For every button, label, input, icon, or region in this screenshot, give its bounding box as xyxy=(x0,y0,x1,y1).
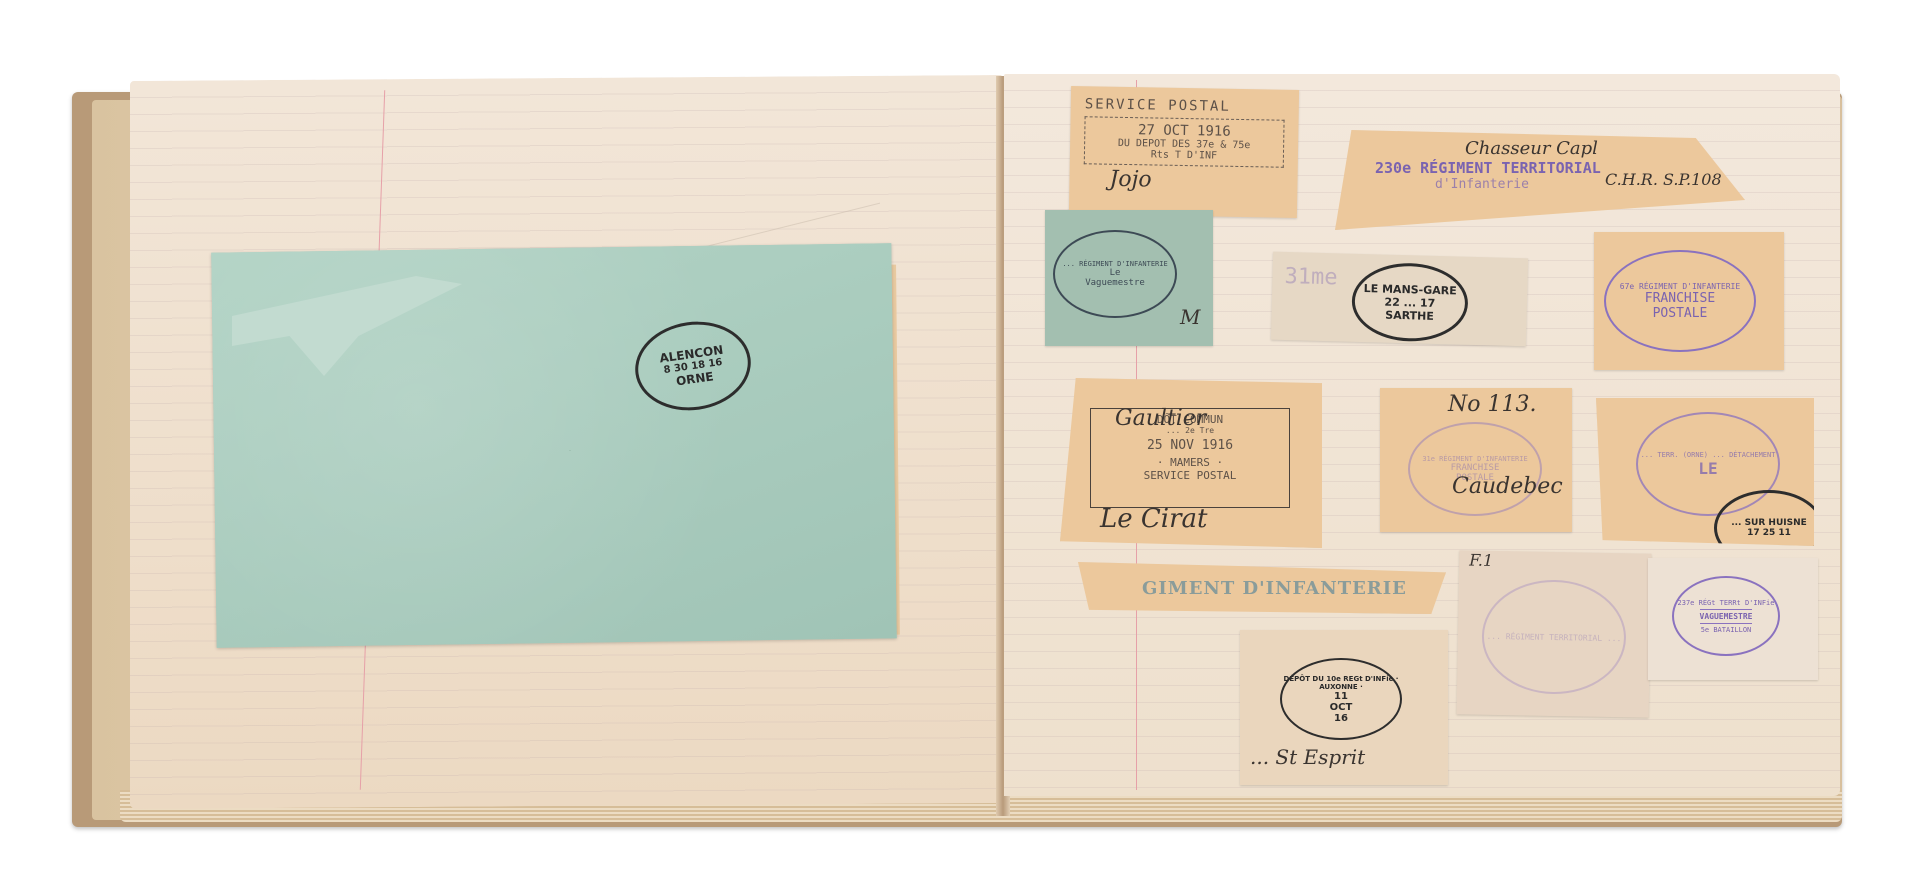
stamp-center: POSTALE xyxy=(1653,306,1708,321)
stamp-center: FRANCHISE xyxy=(1645,291,1715,306)
handwritten-note: F.1 xyxy=(1469,551,1493,570)
stamp-center: LE xyxy=(1698,459,1717,478)
clipping-mamers-service-postal: DÔT COMMUN ... 2e Tre 25 NOV 1916 · MAME… xyxy=(1060,378,1322,548)
clipping-le-mans-gare: 31me LE MANS-GARE 22 ... 17 SARTHE xyxy=(1271,252,1528,347)
oval-stamp: ... RÉGIMENT TERRITORIAL ... xyxy=(1481,579,1627,695)
handwritten-note: M xyxy=(1180,305,1200,329)
postmark-month: OCT xyxy=(1330,702,1353,713)
auxonne-postmark: DÉPÔT DU 10e REGt D'INFie · AUXONNE · 11… xyxy=(1280,658,1402,740)
postmark-department: SARTHE xyxy=(1385,308,1434,322)
stamp-center: Vaguemestre xyxy=(1085,278,1145,288)
postmark-ring-text: DÉPÔT DU 10e REGt D'INFie · AUXONNE · xyxy=(1282,675,1400,691)
clipping-no-113: No 113. 31e RÉGIMENT D'INFANTERIE FRANCH… xyxy=(1380,388,1572,532)
stamp-line: GIMENT D'INFANTERIE xyxy=(1142,578,1407,599)
stamp-ring-text: 5e BATAILLON xyxy=(1701,626,1752,634)
faded-stamp: 31me xyxy=(1284,264,1338,290)
clipping-green-vaguemestre: ... RÉGIMENT D'INFANTERIE Le Vaguemestre… xyxy=(1045,210,1213,346)
handwritten-note: C.H.R. S.P.108 xyxy=(1605,170,1722,189)
clipping-auxonne: DÉPÔT DU 10e REGt D'INFie · AUXONNE · 11… xyxy=(1240,630,1448,785)
stamp-line: SERVICE POSTAL xyxy=(1095,469,1285,482)
handwritten-note: Chasseur Capl xyxy=(1465,138,1705,159)
clipping-237e-vaguemestre: 237e RÉGt TERRt D'INFie VAGUEMESTRE 5e B… xyxy=(1648,558,1818,680)
le-mans-postmark: LE MANS-GARE 22 ... 17 SARTHE xyxy=(1351,262,1469,343)
handwritten-note: Le Cirat xyxy=(1100,504,1208,534)
stamp-center: FRANCHISE xyxy=(1451,463,1500,473)
postmark-date: 22 ... 17 xyxy=(1384,295,1435,309)
postmark-year: 16 xyxy=(1334,713,1348,724)
postmark-day: 11 xyxy=(1334,691,1348,702)
stamp-center: VAGUEMESTRE xyxy=(1700,609,1753,624)
clipping-detachement: ... TERR. (ORNE) ... DÉTACHEMENT LE ... … xyxy=(1596,398,1814,546)
handwritten-note: Caudebec xyxy=(1452,474,1563,499)
stamp-ring-text: 31e RÉGIMENT D'INFANTERIE xyxy=(1422,455,1527,463)
oval-stamp: 237e RÉGt TERRt D'INFie VAGUEMESTRE 5e B… xyxy=(1672,576,1780,656)
postmark-date: 17 25 11 xyxy=(1747,528,1791,538)
stamp-ring-text: ... RÉGIMENT D'INFANTERIE xyxy=(1062,260,1167,268)
postmark-town: LE MANS-GARE xyxy=(1364,282,1457,297)
oval-stamp: 31e RÉGIMENT D'INFANTERIE FRANCHISE POST… xyxy=(1408,422,1542,516)
stamp-ring-text: 67e RÉGIMENT D'INFANTERIE xyxy=(1620,282,1740,291)
oval-stamp: ... RÉGIMENT D'INFANTERIE Le Vaguemestre xyxy=(1053,230,1177,318)
stamp-center: Le xyxy=(1110,268,1121,278)
stamp-ring-text: ... TERR. (ORNE) ... DÉTACHEMENT xyxy=(1641,451,1776,459)
handwritten-note: Jojo xyxy=(1109,167,1152,193)
oval-stamp: 67e RÉGIMENT D'INFANTERIE FRANCHISE POST… xyxy=(1604,250,1756,352)
stamp-date: 25 NOV 1916 xyxy=(1095,438,1285,453)
handwritten-note: ... St Esprit xyxy=(1250,745,1365,769)
handwritten-note: Gaultier xyxy=(1115,406,1206,431)
stamp-line: Rts T D'INF xyxy=(1089,148,1279,162)
stamp-line: SERVICE POSTAL xyxy=(1085,96,1285,115)
stamp-line: · MAMERS · xyxy=(1095,456,1285,469)
stamp-ring-text: ... RÉGIMENT TERRITORIAL ... xyxy=(1486,631,1621,642)
clipping-67e-franchise: 67e RÉGIMENT D'INFANTERIE FRANCHISE POST… xyxy=(1594,232,1784,370)
stamp-ring-text: 237e RÉGt TERRt D'INFie xyxy=(1678,599,1775,607)
handwritten-note: No 113. xyxy=(1448,392,1536,417)
clipping-faded-violet: F.1 ... RÉGIMENT TERRITORIAL ... xyxy=(1457,550,1652,717)
clipping-service-postal: SERVICE POSTAL 27 OCT 1916 DU DEPOT DES … xyxy=(1069,86,1299,218)
postmark-town: ... SUR HUISNE xyxy=(1731,518,1807,528)
